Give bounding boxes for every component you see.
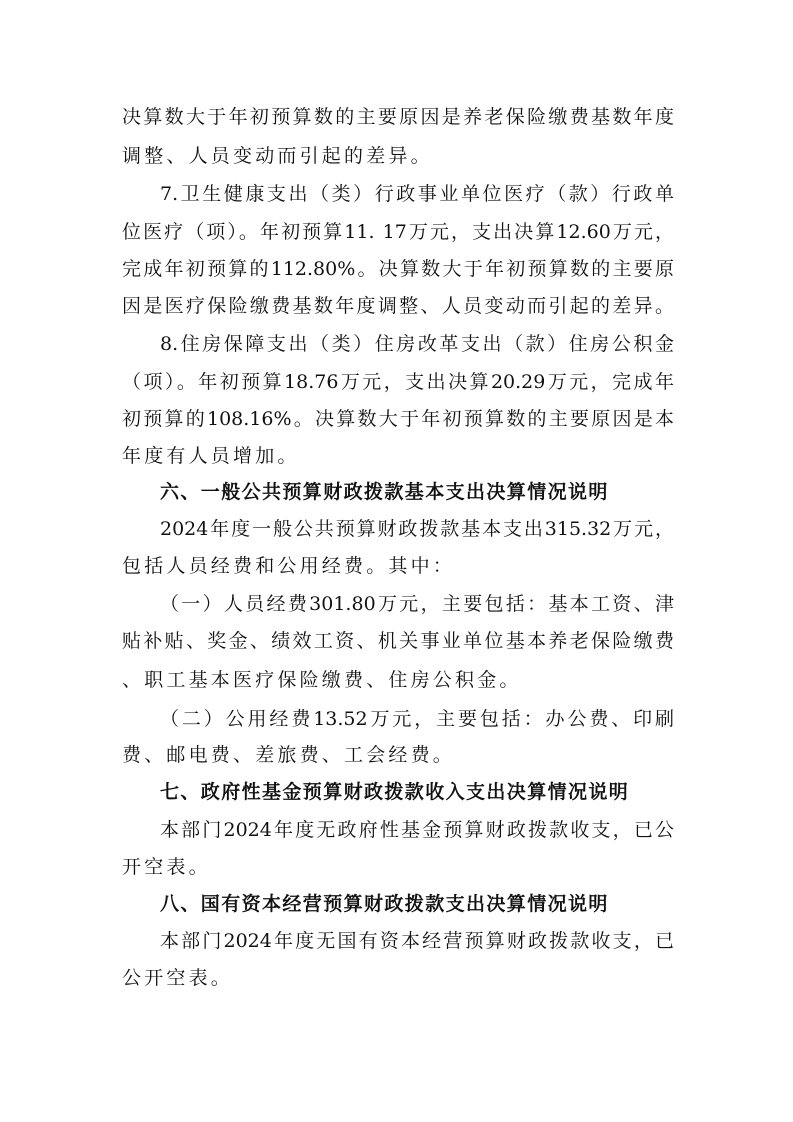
paragraph-line: 开空表。 [122, 855, 674, 879]
paragraph-line: 调整、人员变动而引起的差异。 [122, 144, 674, 168]
paragraph-line: 本部门2024年度无政府性基金预算财政拨款收支，已公 [160, 818, 674, 842]
paragraph-line: 本部门2024年度无国有资本经营预算财政拨款收支，已 [160, 929, 674, 953]
paragraph-line: 包括人员经费和公用经费。其中： [122, 554, 674, 578]
paragraph-line: （二）公用经费13.52万元，主要包括：办公费、印刷 [160, 707, 674, 731]
paragraph-line: 8.住房保障支出（类）住房改革支出（款）住房公积金 [160, 332, 674, 356]
paragraph-line: 、职工基本医疗保险缴费、住房公积金。 [122, 668, 674, 692]
paragraph-line: （一）人员经费301.80万元，主要包括：基本工资、津 [160, 592, 674, 616]
paragraph-line: 年度有人员增加。 [122, 444, 674, 468]
paragraph-line: （项）。年初预算18.76万元，支出决算20.29万元，完成年 [122, 370, 674, 394]
paragraph-line: 初预算的108.16%。决算数大于年初预算数的主要原因是本 [122, 407, 674, 431]
paragraph-line: 2024年度一般公共预算财政拨款基本支出315.32万元， [160, 517, 674, 541]
paragraph-line: 位医疗（项）。年初预算11. 17万元，支出决算12.60万元， [122, 220, 674, 244]
paragraph-line: 贴补贴、奖金、绩效工资、机关事业单位基本养老保险缴费 [122, 629, 674, 653]
section-heading: 八、国有资本经营预算财政拨款支出决算情况说明 [160, 892, 674, 916]
paragraph-line: 公开空表。 [122, 966, 674, 990]
paragraph-line: 7.卫生健康支出（类）行政事业单位医疗（款）行政单 [160, 182, 674, 206]
section-heading: 六、一般公共预算财政拨款基本支出决算情况说明 [160, 480, 674, 504]
section-heading: 七、政府性基金预算财政拨款收入支出决算情况说明 [160, 780, 674, 804]
paragraph-line: 完成年初预算的112.80%。决算数大于年初预算数的主要原 [122, 257, 674, 281]
paragraph-line: 因是医疗保险缴费基数年度调整、人员变动而引起的差异。 [122, 294, 674, 318]
paragraph-line: 费、邮电费、差旅费、工会经费。 [122, 743, 674, 767]
paragraph-line: 决算数大于年初预算数的主要原因是养老保险缴费基数年度 [122, 105, 674, 129]
